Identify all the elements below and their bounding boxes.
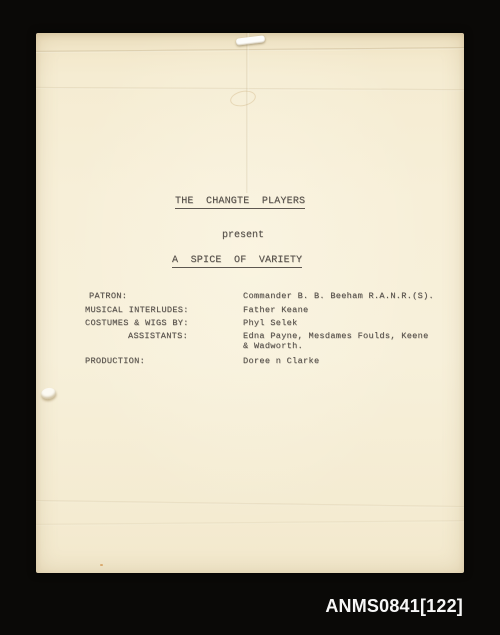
speck-mark <box>100 564 103 566</box>
show-title: A SPICE OF VARIETY <box>172 255 302 268</box>
presents-text: present <box>222 230 264 241</box>
stain-mark <box>229 88 258 108</box>
credit-value-assistants: Edna Payne, Mesdames Foulds, Keene & Wad… <box>243 331 429 351</box>
fold-crease <box>246 33 249 193</box>
credit-value-production: Doree n Clarke <box>243 356 319 366</box>
staple-mark <box>236 35 266 45</box>
fold-crease <box>36 500 464 508</box>
credit-value-musical-interludes: Father Keane <box>243 305 309 315</box>
credit-label-production: PRODUCTION: <box>85 356 145 366</box>
credit-value-patron: Commander B. B. Beeham R.A.N.R.(S). <box>243 291 434 301</box>
document-page: THE CHANGTE PLAYERS present A SPICE OF V… <box>36 33 464 573</box>
fold-crease <box>36 47 464 53</box>
fold-crease <box>36 520 464 526</box>
catalog-number: ANMS0841[122] <box>325 596 463 617</box>
credit-label-musical-interludes: MUSICAL INTERLUDES: <box>85 305 189 315</box>
company-title: THE CHANGTE PLAYERS <box>175 196 305 209</box>
credit-label-assistants: ASSISTANTS: <box>128 331 188 341</box>
credit-label-costumes-wigs: COSTUMES & WIGS BY: <box>85 318 189 328</box>
photo-background: THE CHANGTE PLAYERS present A SPICE OF V… <box>0 0 500 635</box>
credit-label-patron: PATRON: <box>89 291 127 301</box>
credit-value-costumes-wigs: Phyl Selek <box>243 318 298 328</box>
paper-hole-mark <box>40 387 57 401</box>
